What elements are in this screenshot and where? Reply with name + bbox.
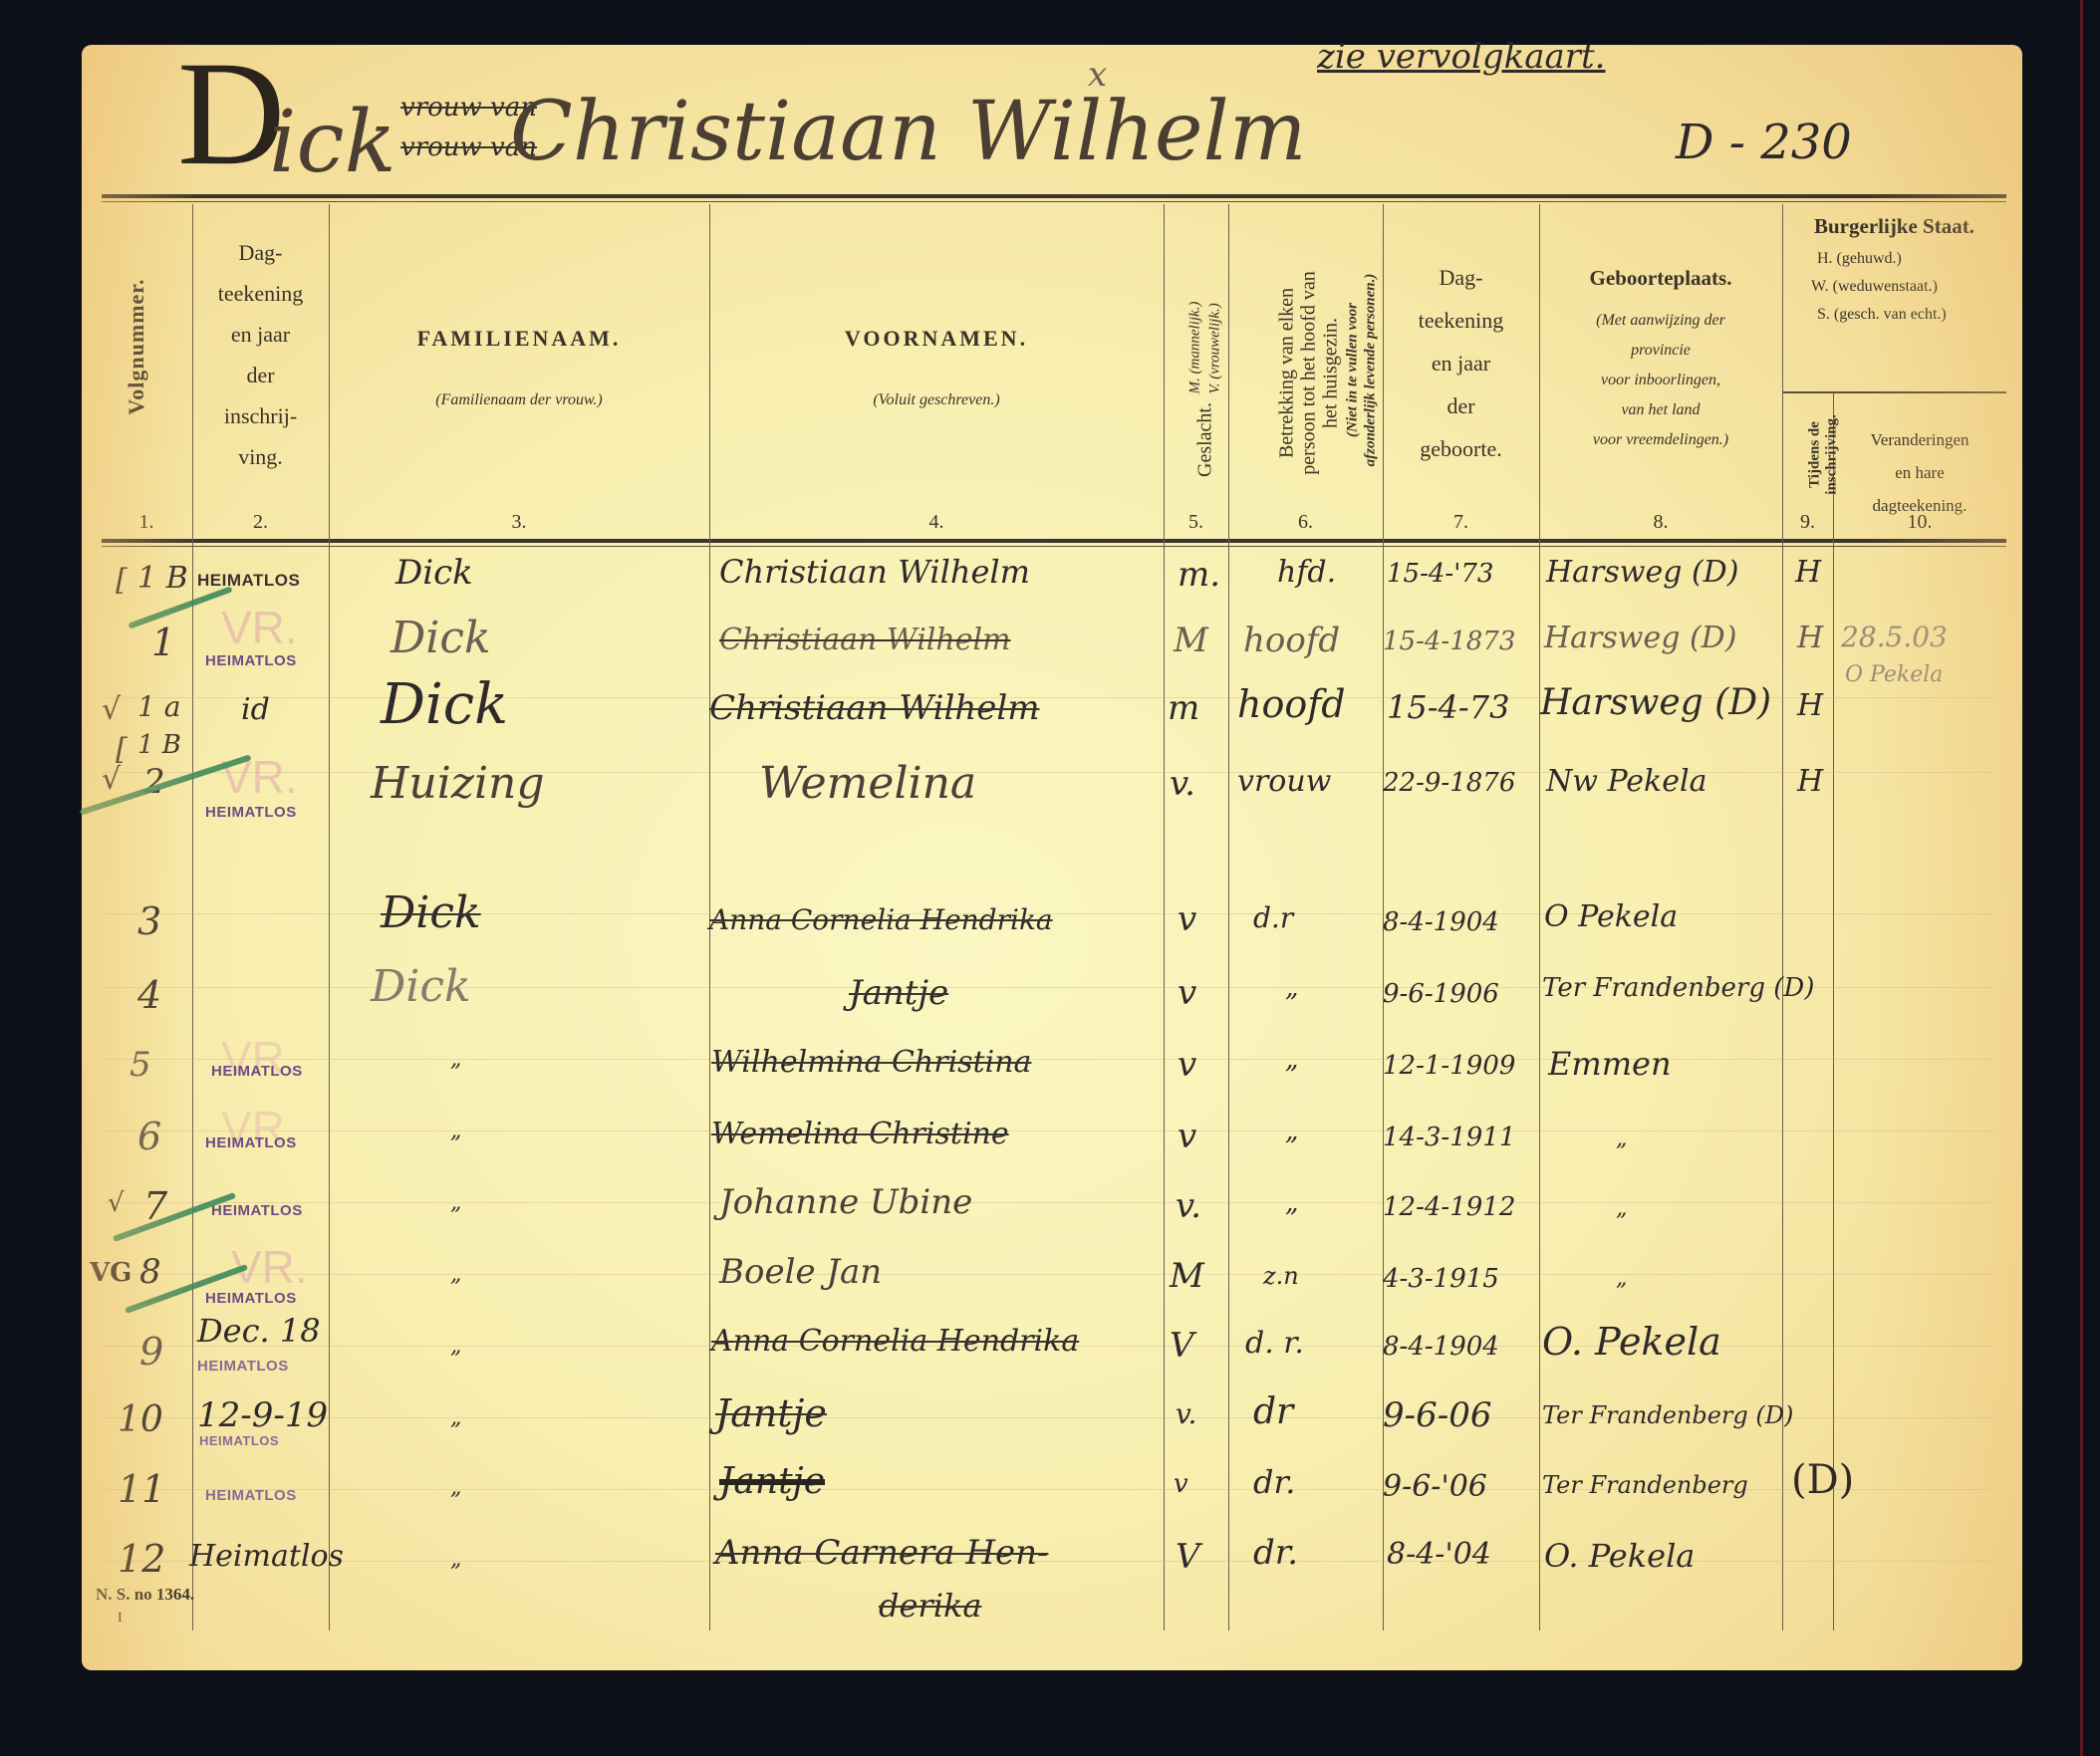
row-2-stamp: HEIMATLOS: [205, 652, 297, 669]
form-number-sub: I: [118, 1611, 123, 1627]
row-11-first: Boele Jan: [719, 1252, 882, 1292]
row-1-family: Dick: [395, 553, 473, 593]
row-8-birth: 12-1-1909: [1383, 1051, 1515, 1081]
header-betrekking-3: het huisgezin.: [1320, 224, 1343, 523]
row-7-place: Ter Frandenberg (D): [1542, 973, 1814, 1003]
row-1-first: Christiaan Wilhelm: [719, 553, 1030, 591]
colnum-10: 10.: [1833, 511, 2006, 534]
row-2-family: Dick: [391, 613, 491, 663]
row-14-birth: 9-6-'06: [1383, 1469, 1487, 1504]
header-bottom-rule: [102, 539, 2006, 543]
hdr-line: teekening: [1383, 299, 1539, 342]
row-13-date: 12-9-19: [197, 1395, 328, 1435]
row-1-sex: m.: [1178, 555, 1220, 595]
colnum-6: 6.: [1228, 511, 1383, 534]
row-3-sex: m: [1168, 688, 1199, 728]
colnum-7: 7.: [1383, 511, 1539, 534]
row-6-birth: 8-4-1904: [1383, 907, 1499, 937]
row-8-place: Emmen: [1548, 1045, 1672, 1083]
row-14-family: „: [450, 1475, 461, 1500]
row-14-first: Jantje: [719, 1461, 825, 1502]
header-geboorteplaats: Geboorteplaats.: [1539, 266, 1782, 291]
row-6-sex: v: [1178, 899, 1196, 939]
vr-stamp: VR.: [221, 601, 298, 654]
row-14-sex: v: [1174, 1469, 1188, 1499]
row-12-date: Dec. 18: [197, 1312, 321, 1350]
row-2-place: Harsweg (D): [1544, 621, 1736, 655]
registration-card: D ick vrouw van vrouw van Christiaan Wil…: [82, 45, 2022, 1670]
row-9-first: Wemelina Christine: [711, 1117, 1009, 1151]
row-3-place: Harsweg (D): [1540, 682, 1771, 723]
check-mark: √: [102, 762, 121, 797]
hdr-line: ving.: [192, 436, 329, 477]
hdr-line: en jaar: [1383, 342, 1539, 384]
colnum-8: 8.: [1539, 511, 1782, 534]
row-7-volg: 4: [137, 973, 161, 1017]
check-mark: √: [108, 1188, 125, 1218]
hdr-line: (Met aanwijzing der: [1539, 306, 1782, 336]
row-14-stamp: HEIMATLOS: [205, 1487, 297, 1504]
row-13-family: „: [450, 1405, 461, 1430]
row-3-rel: hoofd: [1237, 682, 1346, 726]
row-15-birth: 8-4-'04: [1387, 1537, 1491, 1572]
row-5-birth: 22-9-1876: [1383, 768, 1515, 798]
col-divider-9: [1833, 393, 1834, 1631]
row-13-sex: v.: [1176, 1397, 1196, 1430]
row-11-sex: M: [1170, 1256, 1204, 1296]
row-12-place: O. Pekela: [1542, 1320, 1721, 1364]
row-3-changes: O Pekela: [1845, 662, 1943, 687]
given-names-title: Christiaan Wilhelm: [510, 85, 1307, 179]
row-9-place: „: [1616, 1127, 1627, 1151]
form-number: N. S. no 1364.: [96, 1585, 194, 1605]
row-10-birth: 12-4-1912: [1383, 1192, 1515, 1222]
row-3-birth: 15-4-73: [1387, 688, 1509, 726]
row-7-sex: v: [1178, 973, 1196, 1013]
margin-bracket: [: [116, 563, 128, 598]
row-13-rel: dr: [1253, 1391, 1293, 1432]
row-2-sex: M: [1174, 621, 1208, 660]
header-bottom-rule-thin: [102, 546, 2006, 547]
row-10-sex: v.: [1176, 1186, 1201, 1226]
header-betrekking-2: persoon tot het hoofd van: [1298, 224, 1321, 523]
row-3-family: Dick: [381, 672, 508, 737]
header-dagteekening-geboorte: Dag- teekening en jaar der geboorte.: [1383, 256, 1539, 470]
guide-line: [102, 1274, 1994, 1275]
row-2-birth: 15-4-1873: [1383, 627, 1515, 656]
hdr-line: der: [1383, 384, 1539, 427]
header-geslacht: Geslacht.: [1194, 380, 1217, 500]
row-2-rel: hoofd: [1243, 621, 1340, 660]
row-15-first-continued: derika: [879, 1587, 981, 1625]
row-6-rel: d.r: [1253, 901, 1293, 934]
vg-mark: VG: [90, 1258, 131, 1288]
row-3-date: id: [241, 692, 270, 727]
civil-status-rule: [1782, 391, 2006, 393]
x-mark: x: [1088, 55, 1107, 95]
row-3-first: Christiaan Wilhelm: [709, 688, 1040, 728]
colnum-3: 3.: [329, 511, 709, 534]
row-12-first: Anna Cornelia Hendrika: [711, 1324, 1079, 1359]
row-11-family: „: [450, 1262, 461, 1287]
row-2-volg: 1: [151, 621, 175, 664]
row-10-first: Johanne Ubine: [719, 1182, 972, 1222]
row-10-stamp: HEIMATLOS: [211, 1202, 303, 1219]
hdr-line: geboorte.: [1383, 427, 1539, 470]
check-mark: √: [102, 692, 121, 727]
row-13-volg: 10: [118, 1399, 163, 1440]
row-11-volg: 8: [139, 1252, 161, 1292]
row-9-stamp: HEIMATLOS: [205, 1134, 297, 1151]
row-12-birth: 8-4-1904: [1383, 1332, 1499, 1362]
hdr-line: Dag-: [1383, 256, 1539, 299]
row-8-first: Wilhelmina Christina: [711, 1045, 1031, 1080]
row-13-birth: 9-6-06: [1383, 1395, 1492, 1435]
colnum-4: 4.: [709, 511, 1164, 534]
hdr-line: en hare: [1833, 456, 2006, 489]
row-9-rel: „: [1285, 1117, 1298, 1146]
header-familienaam: FAMILIENAAM.: [329, 326, 709, 352]
row-8-volg: 5: [130, 1045, 151, 1085]
row-9-volg: 6: [137, 1115, 161, 1158]
row-15-first: Anna Carnera Hen-: [715, 1533, 1048, 1573]
row-1-rel: hfd.: [1277, 555, 1336, 590]
row-15-family: „: [450, 1547, 461, 1572]
colnum-5: 5.: [1164, 511, 1228, 534]
row-8-sex: v: [1178, 1045, 1196, 1085]
row-5-civil: H: [1797, 764, 1823, 799]
row-5-sex: v.: [1170, 764, 1195, 804]
row-1-place: Harsweg (D): [1546, 555, 1738, 590]
row-12-volg: 9: [139, 1330, 163, 1374]
header-top-rule-thin: [102, 201, 2006, 202]
row-8-stamp: HEIMATLOS: [211, 1063, 303, 1080]
hdr-line: provincie: [1539, 336, 1782, 366]
hdr-line: van het land: [1539, 395, 1782, 425]
row-15-place: O. Pekela: [1544, 1537, 1695, 1575]
row-12-stamp: HEIMATLOS: [197, 1358, 289, 1375]
row-10-family: „: [450, 1190, 461, 1215]
row-14-rel: dr.: [1253, 1463, 1295, 1501]
row-5-first: Wemelina: [759, 758, 976, 809]
row-10-place: „: [1616, 1196, 1627, 1221]
row-5-rel: vrouw: [1237, 764, 1331, 799]
colnum-9: 9.: [1782, 511, 1833, 534]
hdr-line: der: [192, 355, 329, 395]
header-familienaam-sub: (Familienaam der vrouw.): [329, 391, 709, 409]
row-7-family: Dick: [371, 961, 471, 1012]
row-12-family: „: [450, 1334, 461, 1359]
row-9-family: „: [450, 1119, 461, 1143]
row-8-rel: „: [1285, 1045, 1298, 1075]
row-1-civil: H: [1795, 555, 1821, 590]
header-volgnummer: Volgnummer.: [124, 247, 149, 446]
hdr-line: Dag-: [192, 232, 329, 273]
row-6-place: O Pekela: [1544, 899, 1678, 934]
row-1-birth: 15-4-'73: [1387, 559, 1493, 589]
hdr-line: voor inboorlingen,: [1539, 366, 1782, 395]
row-13-stamp: HEIMATLOS: [199, 1433, 279, 1448]
row-6-family: Dick: [381, 887, 481, 938]
row-10-rel: „: [1285, 1188, 1298, 1218]
header-geslacht-m: M. (mannelijk.): [1187, 235, 1204, 394]
continuation-note: zie vervolgkaart.: [1317, 37, 1605, 77]
row-2-changes: 28.5.03: [1841, 621, 1948, 653]
header-betrekking-note-2: afzonderlijk levende personen.): [1363, 221, 1380, 520]
header-civil-s: S. (gesch. van echt.): [1817, 306, 1947, 324]
guide-line: [102, 1059, 1994, 1060]
row-13-first: Jantje: [715, 1391, 827, 1435]
row-3-civil: H: [1797, 688, 1823, 723]
row-6-first: Anna Cornelia Hendrika: [709, 903, 1053, 936]
row-12-sex: V: [1170, 1326, 1194, 1366]
row-3-volg: 1 a: [137, 690, 180, 723]
row-9-sex: v: [1178, 1117, 1196, 1156]
header-geslacht-v: V. (vrouwelijk.): [1207, 235, 1224, 394]
header-tijdens-1: Tijdens de: [1807, 395, 1824, 515]
row-2-civil: H: [1797, 621, 1823, 655]
hdr-line: en jaar: [192, 314, 329, 355]
vr-stamp: VR.: [221, 750, 298, 804]
header-veranderingen: Veranderingen en hare dagteekening.: [1833, 423, 2006, 522]
row-6-volg: 3: [137, 899, 161, 943]
row-1-stamp: HEIMATLOS: [197, 571, 300, 591]
header-voornamen: VOORNAMEN.: [709, 326, 1164, 352]
header-dagteekening-inschrijving: Dag- teekening en jaar der inschrij- vin…: [192, 232, 329, 477]
row-14-volg: 11: [118, 1467, 165, 1511]
row-15-rel: dr.: [1253, 1533, 1298, 1573]
row-15-volg: 12: [118, 1537, 165, 1581]
row-14-place: Ter Frandenberg: [1542, 1471, 1748, 1499]
row-8-family: „: [450, 1047, 461, 1072]
row-12-rel: d. r.: [1245, 1326, 1304, 1361]
row-2-first: Christiaan Wilhelm: [719, 623, 1011, 657]
hdr-line: voor vreemdelingen.): [1539, 425, 1782, 455]
header-civil-h: H. (gehuwd.): [1817, 250, 1902, 268]
hdr-line: inschrij-: [192, 395, 329, 436]
row-11-place: „: [1616, 1266, 1627, 1291]
row-11-stamp: HEIMATLOS: [205, 1290, 297, 1307]
hdr-line: Veranderingen: [1833, 423, 2006, 456]
row-11-rel: z.n: [1263, 1262, 1299, 1290]
row-14-civil: (D): [1791, 1457, 1854, 1503]
row-7-birth: 9-6-1906: [1383, 979, 1499, 1009]
header-top-rule: [102, 194, 2006, 198]
row-11-birth: 4-3-1915: [1383, 1264, 1499, 1294]
header-geboorteplaats-sub: (Met aanwijzing der provincie voor inboo…: [1539, 306, 1782, 455]
hdr-line: teekening: [192, 273, 329, 314]
guide-line: [102, 1202, 1994, 1203]
row-7-rel: „: [1285, 973, 1298, 1003]
header-burgerlijke-staat: Burgerlijke Staat.: [1782, 214, 2006, 239]
row-1-volg: 1 B: [137, 561, 188, 596]
colnum-1: 1.: [102, 511, 191, 534]
row-5-family: Huizing: [371, 758, 545, 809]
card-code: D - 230: [1676, 115, 1852, 170]
frame-edge: [2080, 0, 2083, 1756]
colnum-2: 2.: [192, 511, 329, 534]
row-9-birth: 14-3-1911: [1383, 1123, 1515, 1152]
row-5-stamp: HEIMATLOS: [205, 804, 297, 821]
row-13-place: Ter Frandenberg (D): [1542, 1401, 1793, 1429]
guide-line: [102, 1130, 1994, 1131]
header-civil-w: W. (weduwenstaat.): [1811, 278, 1938, 296]
header-voornamen-sub: (Voluit geschreven.): [709, 391, 1164, 409]
row-7-first: Jantje: [849, 973, 948, 1013]
row-5-place: Nw Pekela: [1546, 764, 1706, 799]
header-betrekking-1: Betrekking van elken: [1276, 224, 1299, 523]
row-15-sex: V: [1176, 1537, 1200, 1577]
header-betrekking-note-1: (Niet in te vullen voor: [1345, 221, 1362, 520]
surname-title: ick: [269, 93, 396, 192]
row-4-volg: 1 B: [137, 730, 181, 760]
row-15-date: Heimatlos: [189, 1539, 344, 1574]
